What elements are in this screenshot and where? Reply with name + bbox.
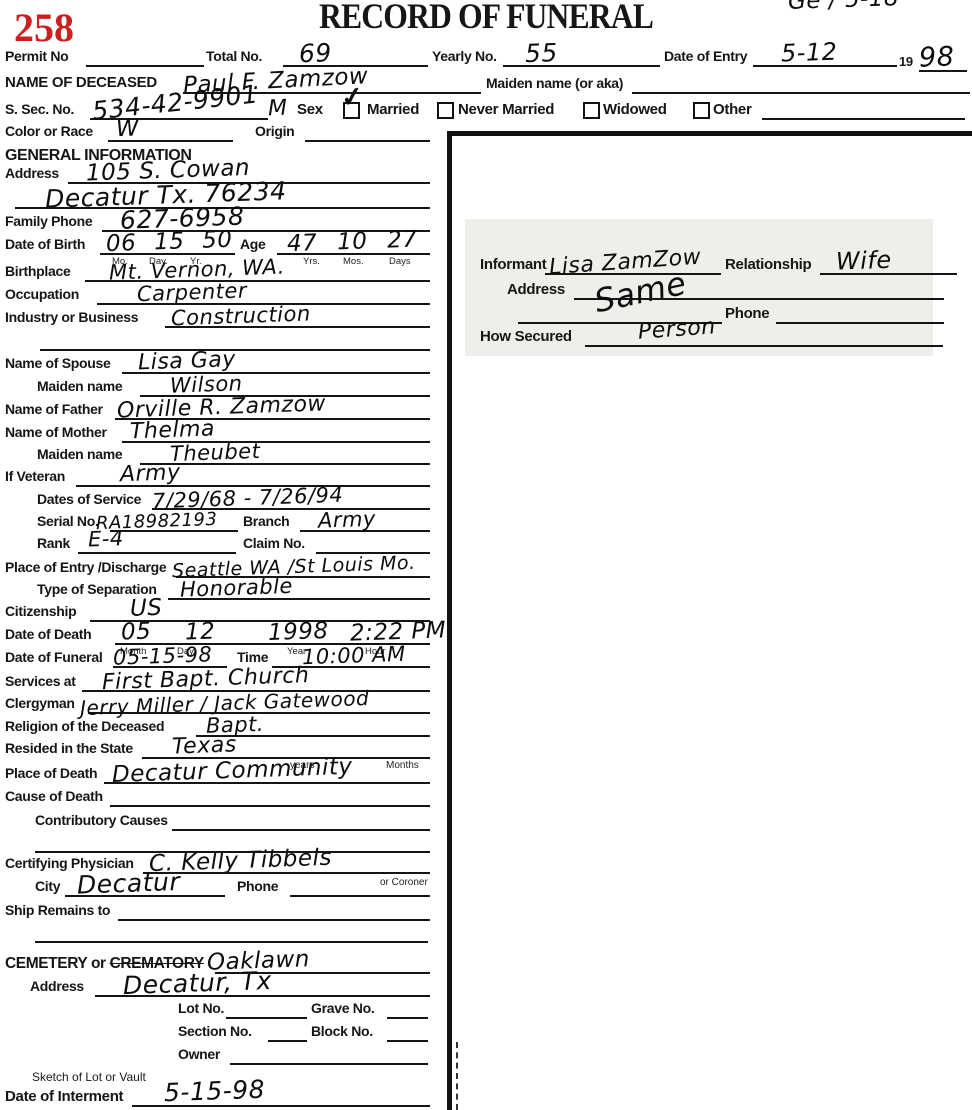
resided-state-value: Texas	[142, 736, 237, 759]
cemetery-address-line: Decatur, Tx	[95, 975, 430, 997]
relationship-label: Relationship	[725, 256, 811, 273]
how-secured-value: Person	[637, 317, 716, 342]
service-dates-value: 7/29/68 - 7/26/94	[152, 486, 344, 512]
date-of-entry-label: Date of Entry	[664, 48, 747, 64]
form-title: RECORD OF FUNERAL	[319, 0, 653, 37]
race-line: W	[108, 120, 233, 142]
rank-value: E-4	[78, 529, 124, 549]
address-label: Address	[5, 165, 59, 181]
lot-no-line	[226, 997, 307, 1019]
other-label: Other	[713, 101, 752, 118]
separation-line: Honorable	[168, 578, 430, 600]
industry-line: Construction	[165, 306, 430, 328]
date-of-birth-value: 06 15 50	[100, 230, 233, 255]
interment-value: 5-15-98	[132, 1078, 266, 1105]
service-dates-line: 7/29/68 - 7/26/94	[152, 488, 430, 510]
birthplace-line: Mt. Vernon, WA.	[85, 260, 430, 282]
contributory-label: Contributory Causes	[35, 812, 168, 828]
death-day-value: 12	[185, 622, 216, 644]
owner-line	[230, 1043, 428, 1065]
name-of-deceased-label: NAME OF DECEASED	[5, 74, 157, 91]
permit-no-line	[86, 45, 204, 67]
date-of-entry-value: 5-12	[753, 42, 838, 67]
never-married-label: Never Married	[458, 101, 554, 118]
father-label: Name of Father	[5, 401, 103, 417]
origin-label: Origin	[255, 123, 294, 139]
mother-maiden-line: Theubet	[140, 443, 430, 465]
yearly-no-line: 55	[503, 45, 660, 67]
claim-no-label: Claim No.	[243, 535, 305, 551]
ship-remains-label: Ship Remains to	[5, 902, 110, 918]
spouse-label: Name of Spouse	[5, 355, 111, 371]
branch-label: Branch	[243, 513, 289, 529]
year-prefix: 19	[899, 54, 913, 69]
death-month-value: 05	[121, 622, 152, 644]
industry-value: Construction	[165, 305, 311, 329]
place-of-death-label: Place of Death	[5, 765, 97, 781]
sex-value: M	[268, 99, 288, 119]
date-of-death-label: Date of Death	[5, 626, 91, 642]
married-label: Married	[367, 101, 419, 118]
widowed-label: Widowed	[603, 101, 667, 118]
entry-discharge-line: Seattle WA /St Louis Mo.	[176, 556, 430, 578]
services-at-label: Services at	[5, 673, 76, 689]
religion-label: Religion of the Deceased	[5, 718, 164, 734]
place-of-death-value: Decatur Community	[104, 757, 353, 786]
city-label: City	[35, 878, 60, 894]
how-secured-label: How Secured	[480, 328, 572, 345]
veteran-label: If Veteran	[5, 468, 65, 484]
claim-no-line	[316, 532, 430, 554]
branch-line: Army	[300, 510, 430, 532]
maiden-aka-line	[632, 72, 970, 94]
checkbox-other	[693, 102, 710, 119]
branch-value: Army	[300, 510, 377, 532]
permit-no-label: Permit No	[5, 48, 68, 64]
rank-label: Rank	[37, 535, 70, 551]
informant-address-label: Address	[507, 281, 565, 298]
date-of-funeral-line: 05-15-98	[113, 646, 227, 668]
clergyman-line: Jerry Miller / Jack Gatewood	[88, 692, 430, 714]
citizenship-label: Citizenship	[5, 603, 76, 619]
spouse-line: Lisa Gay	[122, 352, 430, 374]
veteran-line: Army	[76, 465, 430, 487]
record-of-funeral-scan: { "page": { "number": "258", "title": "R…	[0, 0, 972, 1110]
checkbox-widowed	[583, 102, 600, 119]
contributory-line	[172, 809, 430, 831]
veteran-value: Army	[76, 463, 181, 486]
origin-line	[305, 120, 430, 142]
relationship-line: Wife	[820, 253, 957, 275]
service-dates-label: Dates of Service	[37, 491, 141, 507]
page-number: 258	[14, 4, 74, 51]
section-no-label: Section No.	[178, 1023, 252, 1039]
informant-line: Lisa ZamZow	[545, 253, 721, 275]
cemetery-address-label: Address	[30, 978, 84, 994]
spouse-value: Lisa Gay	[122, 350, 236, 374]
blank-line-3	[35, 921, 428, 943]
entry-discharge-label: Place of Entry /Discharge	[5, 559, 166, 575]
citizenship-value: US	[90, 598, 163, 621]
lot-no-label: Lot No.	[178, 1000, 224, 1016]
father-line: Orville R. Zamzow	[115, 398, 430, 420]
bottom-dashed-divider	[456, 1042, 458, 1110]
city-line: Decatur	[65, 875, 225, 897]
cemetery-heading-prefix: CEMETERY or	[5, 955, 110, 972]
yearly-no-value: 55	[503, 42, 559, 66]
date-of-funeral-label: Date of Funeral	[5, 649, 102, 665]
block-no-line	[387, 1020, 428, 1042]
age-value: 47 10 27	[277, 230, 418, 256]
owner-label: Owner	[178, 1046, 220, 1062]
yearly-no-label: Yearly No.	[432, 48, 497, 64]
resided-state-label: Resided in the State	[5, 740, 133, 756]
phone-label: Phone	[237, 878, 278, 894]
birthplace-label: Birthplace	[5, 263, 70, 279]
cause-of-death-label: Cause of Death	[5, 788, 103, 804]
ship-remains-line	[118, 899, 430, 921]
informant-phone-label: Phone	[725, 305, 769, 322]
total-no-label: Total No.	[206, 48, 262, 64]
services-at-line: First Bapt. Church	[82, 670, 430, 692]
separation-value: Honorable	[168, 577, 293, 600]
block-no-label: Block No.	[311, 1023, 373, 1039]
race-label: Color or Race	[5, 123, 93, 139]
married-check-mark: ✓	[339, 81, 366, 115]
sex-label: Sex	[297, 101, 323, 118]
checkbox-never-married	[437, 102, 454, 119]
occupation-value: Carpenter	[97, 281, 248, 305]
family-phone-label: Family Phone	[5, 213, 92, 229]
death-year-value: 1998	[267, 621, 328, 644]
date-of-birth-label: Date of Birth	[5, 236, 85, 252]
grave-no-label: Grave No.	[311, 1000, 374, 1016]
maiden-aka-label: Maiden name (or aka)	[486, 75, 623, 91]
date-of-funeral-value: 05-15-98	[113, 645, 213, 667]
age-line: 47 10 27	[277, 233, 430, 255]
corner-handwritten-note: Ge / 5-18	[788, 0, 900, 13]
cause-of-death-line	[110, 785, 430, 807]
interment-label: Date of Interment	[5, 1088, 123, 1105]
phone-line	[290, 875, 430, 897]
ssec-label: S. Sec. No.	[5, 101, 74, 117]
section-no-line	[268, 1020, 307, 1042]
total-no-value: 69	[283, 42, 333, 66]
relationship-value: Wife	[820, 250, 892, 274]
race-value: W	[108, 119, 140, 141]
time-label: Time	[237, 649, 268, 665]
year-line: 98	[919, 50, 967, 72]
date-of-birth-line: 06 15 50	[100, 233, 235, 255]
year-value: 98	[919, 45, 955, 71]
mother-label: Name of Mother	[5, 424, 107, 440]
place-of-death-line: Decatur Community	[104, 762, 430, 784]
city-value: Decatur	[65, 870, 181, 897]
father-value: Orville R. Zamzow	[115, 395, 327, 422]
date-of-entry-line: 5-12	[753, 45, 897, 67]
age-label: Age	[240, 236, 266, 252]
informant-label: Informant	[480, 256, 546, 273]
other-line	[762, 98, 965, 120]
grave-no-line	[387, 997, 428, 1019]
mother-maiden-label: Maiden name	[37, 446, 122, 462]
industry-label: Industry or Business	[5, 309, 138, 325]
occupation-label: Occupation	[5, 286, 79, 302]
cemetery-address-value: Decatur, Tx	[95, 969, 272, 998]
physician-line: C. Kelly Tibbels	[143, 852, 430, 874]
rank-line: E-4	[78, 532, 236, 554]
serial-no-line: RA18982193	[110, 510, 238, 532]
mother-line: Thelma	[122, 421, 430, 443]
spouse-maiden-label: Maiden name	[37, 378, 122, 394]
spouse-maiden-value: Wilson	[140, 374, 243, 396]
informant-phone-line	[776, 302, 944, 324]
mother-value: Thelma	[122, 420, 216, 443]
occupation-line: Carpenter	[97, 283, 430, 305]
interment-line: 5-15-98	[132, 1085, 430, 1107]
clergyman-label: Clergyman	[5, 695, 75, 711]
sketch-label: Sketch of Lot or Vault	[32, 1070, 146, 1084]
